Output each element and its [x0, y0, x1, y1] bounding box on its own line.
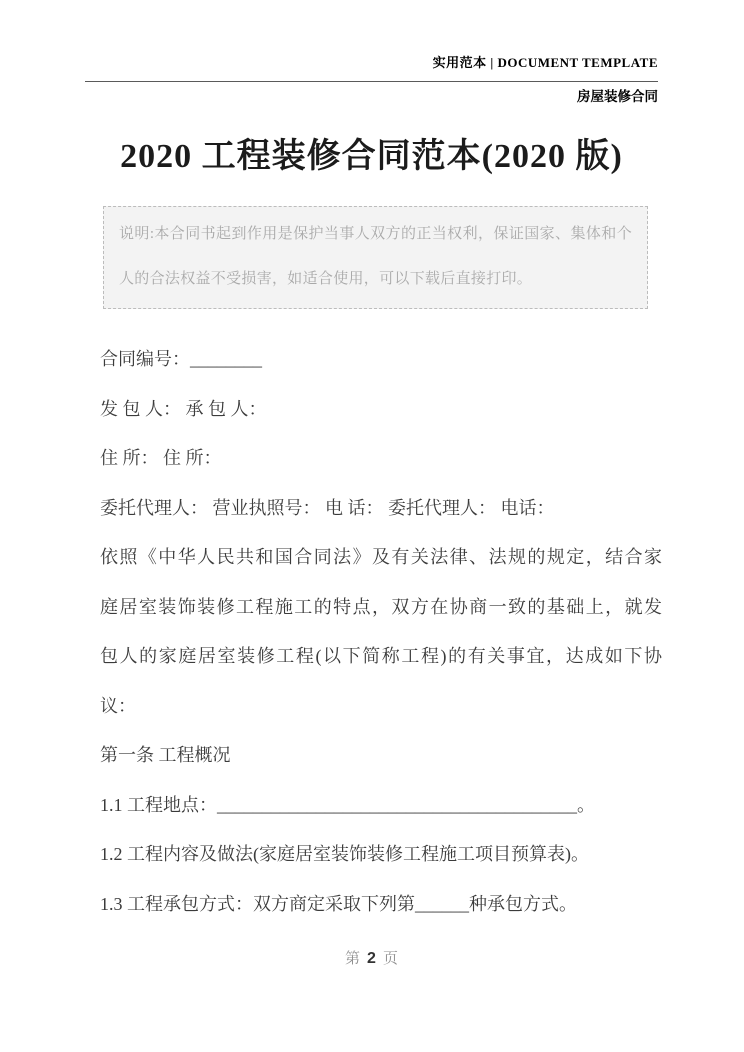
body-line-clause-1-3: 1.3 工程承包方式：双方商定采取下列第______种承包方式。: [100, 880, 662, 930]
body-line-parties: 发 包 人： 承 包 人：: [100, 385, 662, 435]
page-header: 实用范本 | DOCUMENT TEMPLATE 房屋装修合同: [85, 55, 658, 105]
document-title: 2020 工程装修合同范本(2020 版): [85, 135, 658, 179]
body-line-preamble-4: 议：: [100, 682, 662, 732]
page-footer: 第2页: [85, 949, 658, 969]
body-line-clause-1-1: 1.1 工程地点：_______________________________…: [100, 781, 662, 831]
note-box: 说明:本合同书起到作用是保护当事人双方的正当权利，保证国家、集体和个人的合法权益…: [103, 206, 648, 309]
body-line-clause-1-2: 1.2 工程内容及做法(家庭居室装饰装修工程施工项目预算表)。: [100, 830, 662, 880]
contract-body: 合同编号：________ 发 包 人： 承 包 人： 住 所： 住 所： 委托…: [100, 335, 662, 929]
body-line-contract-number: 合同编号：________: [100, 335, 662, 385]
body-line-preamble-2: 庭居室装饰装修工程施工的特点，双方在协商一致的基础上，就发: [100, 583, 662, 633]
note-text: 说明:本合同书起到作用是保护当事人双方的正当权利，保证国家、集体和个人的合法权益…: [119, 212, 632, 302]
body-line-section-1-heading: 第一条 工程概况: [100, 731, 662, 781]
body-line-agents: 委托代理人： 营业执照号： 电 话： 委托代理人： 电话：: [100, 484, 662, 534]
body-line-preamble-3: 包人的家庭居室装修工程(以下简称工程)的有关事宜，达成如下协: [100, 632, 662, 682]
page-footer-prefix: 第: [345, 951, 360, 967]
document-page: 实用范本 | DOCUMENT TEMPLATE 房屋装修合同 2020 工程装…: [0, 0, 744, 1052]
body-line-preamble-1: 依照《中华人民共和国合同法》及有关法律、法规的规定，结合家: [100, 533, 662, 583]
page-number: 2: [367, 950, 376, 967]
header-divider: [85, 81, 658, 82]
page-footer-suffix: 页: [383, 951, 398, 967]
header-brand: 实用范本 | DOCUMENT TEMPLATE: [85, 55, 658, 71]
body-line-addresses: 住 所： 住 所：: [100, 434, 662, 484]
header-doc-type: 房屋装修合同: [85, 89, 658, 105]
